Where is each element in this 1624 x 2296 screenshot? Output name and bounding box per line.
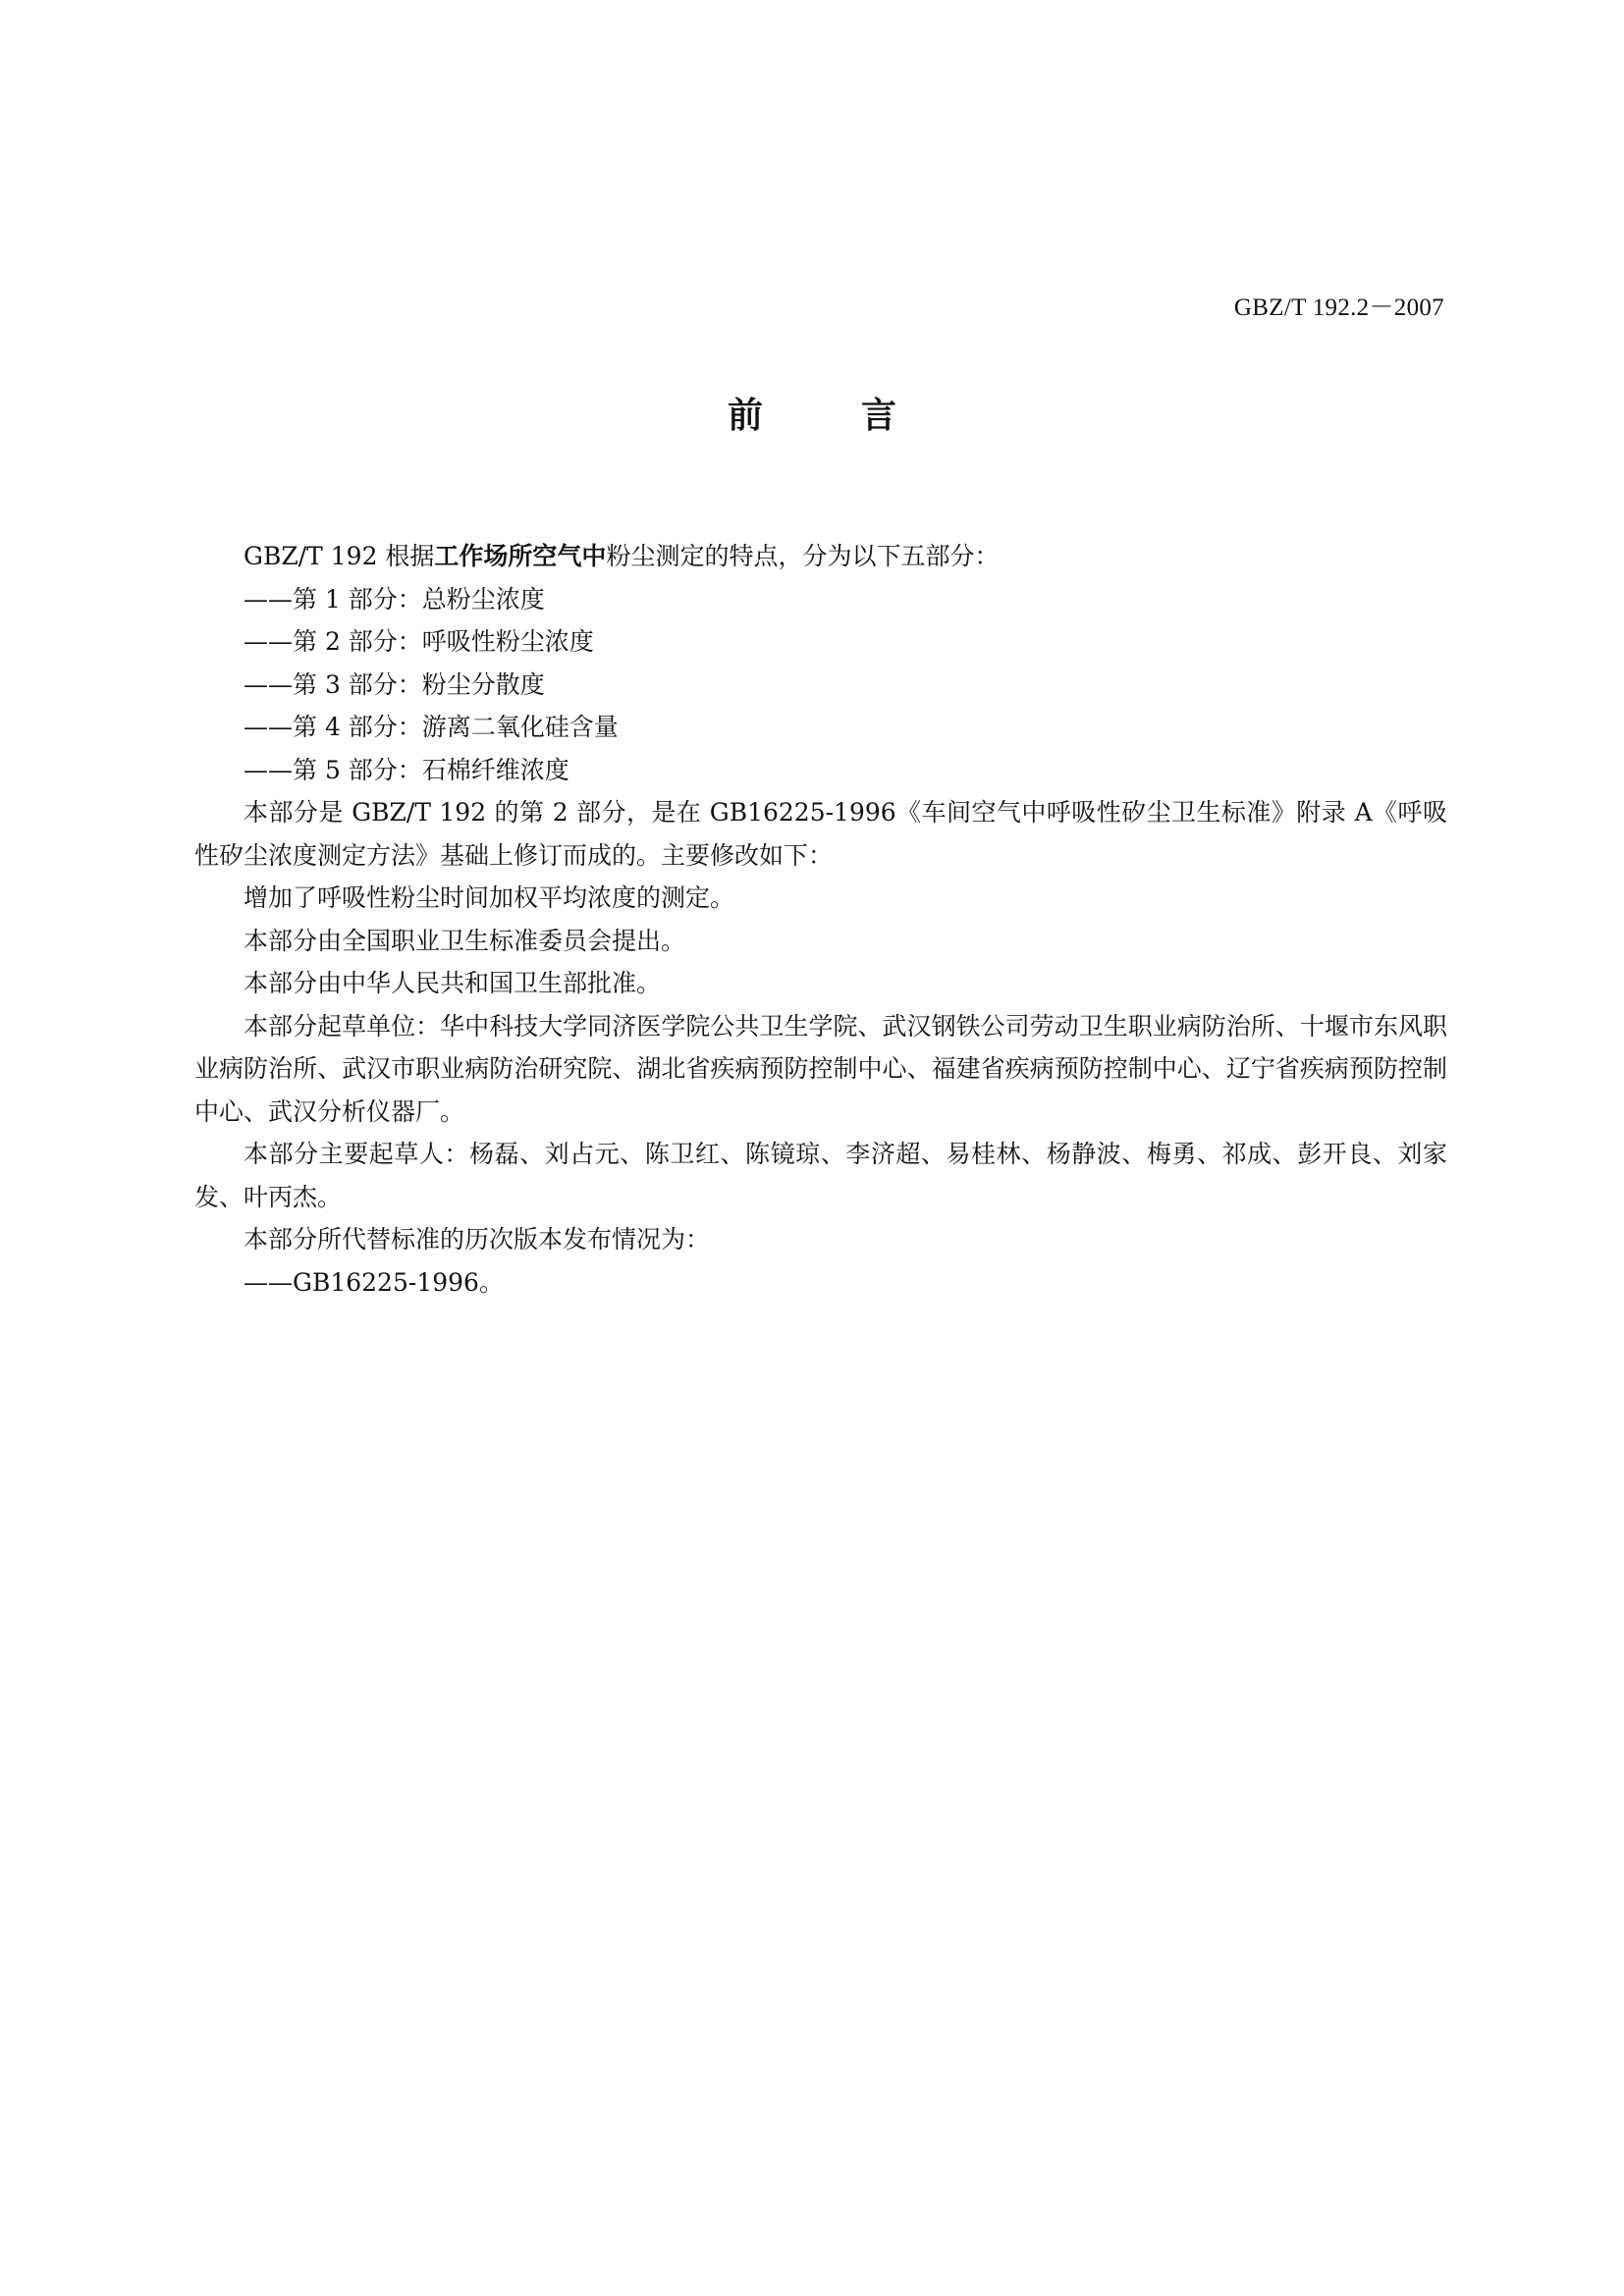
- intro-bold-term: 工作场所空气中: [434, 542, 606, 570]
- intro-suffix: 粉尘测定的特点，分为以下五部分：: [606, 542, 999, 570]
- basis-paragraph: 本部分是 GBZ/T 192 的第 2 部分，是在 GB16225-1996《车…: [194, 791, 1447, 877]
- title-char-2: 言: [861, 388, 896, 438]
- part-item: ——第 5 部分：石棉纤维浓度: [194, 749, 1447, 792]
- replaced-versions-heading: 本部分所代替标准的历次版本发布情况为：: [194, 1218, 1447, 1261]
- drafting-units-paragraph: 本部分起草单位：华中科技大学同济医学院公共卫生学院、武汉钢铁公司劳动卫生职业病防…: [194, 1005, 1447, 1134]
- approved-by-paragraph: 本部分由中华人民共和国卫生部批准。: [194, 962, 1447, 1005]
- title-char-1: 前: [728, 388, 763, 438]
- part-item: ——第 1 部分：总粉尘浓度: [194, 578, 1447, 621]
- intro-paragraph: GBZ/T 192 根据工作场所空气中粉尘测定的特点，分为以下五部分：: [194, 535, 1447, 578]
- proposed-by-paragraph: 本部分由全国职业卫生标准委员会提出。: [194, 920, 1447, 963]
- intro-prefix: GBZ/T 192 根据: [244, 542, 434, 570]
- part-item: ——第 3 部分：粉尘分散度: [194, 664, 1447, 707]
- standard-number: GBZ/T 192.2－2007: [1234, 288, 1444, 323]
- page-title: 前言: [0, 388, 1624, 438]
- foreword-body: GBZ/T 192 根据工作场所空气中粉尘测定的特点，分为以下五部分： ——第 …: [194, 535, 1447, 1304]
- drafters-paragraph: 本部分主要起草人：杨磊、刘占元、陈卫红、陈镜琼、李济超、易桂林、杨静波、梅勇、祁…: [194, 1133, 1447, 1218]
- replaced-version-item: ——GB16225-1996。: [194, 1261, 1447, 1305]
- part-item: ——第 4 部分：游离二氧化硅含量: [194, 706, 1447, 749]
- part-item: ——第 2 部分：呼吸性粉尘浓度: [194, 620, 1447, 664]
- modification-paragraph: 增加了呼吸性粉尘时间加权平均浓度的测定。: [194, 877, 1447, 920]
